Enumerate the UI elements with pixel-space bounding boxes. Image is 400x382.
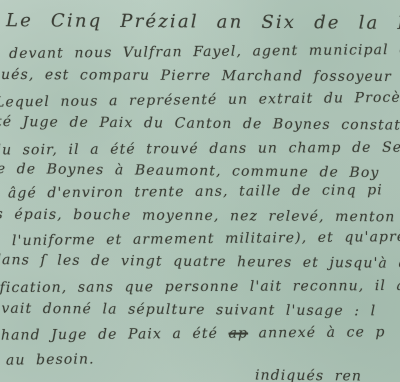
line14-pre-text: chand Juge de Paix a été [0,326,229,344]
manuscript-line-3: gués, est comparu Pierre Marchand fossoy… [0,67,400,85]
manuscript-line-1: Le Cinq Prézial an Six de la République … [6,10,400,35]
manuscript-line-9: ls épais, bouche moyenne, nez relevé, me… [0,207,400,226]
manuscript-line-6: du soir, il a été trouvé dans un champ d… [0,140,400,159]
manuscript-line-8: e âgé d'environ trente ans, taille de ci… [0,182,383,201]
line14-struck-word: ap [228,325,248,341]
manuscript-line-15: au besoin. [6,351,95,368]
manuscript-line-4: Lequel nous a représenté un extrait du P… [0,89,400,110]
manuscript-scan: Le Cinq Prézial an Six de la République … [0,0,400,382]
manuscript-line-13: avait donné la sépulture suivant l'usage… [0,301,376,320]
manuscript-line-11: dans ſ les de vingt quatre heures et jus… [0,252,400,272]
manuscript-line-5: té Juge de Paix du Canton de Boynes cons… [0,114,400,134]
manuscript-line-2: , devant nous Vulfran Fayel, agent munic… [0,42,400,62]
manuscript-line-10: l'uniforme et armement militaire), et qu… [12,229,400,249]
manuscript-line-7: te de Boynes à Beaumont, commune de Boy [0,161,379,181]
manuscript-line-12: ification, sans que personne l'ait recon… [0,278,400,296]
manuscript-line-16-partial: indiqués ren [255,368,362,382]
line14-post-text: annexé à ce p [248,324,386,341]
manuscript-line-14: chand Juge de Paix a été ap annexé à ce … [0,324,386,343]
